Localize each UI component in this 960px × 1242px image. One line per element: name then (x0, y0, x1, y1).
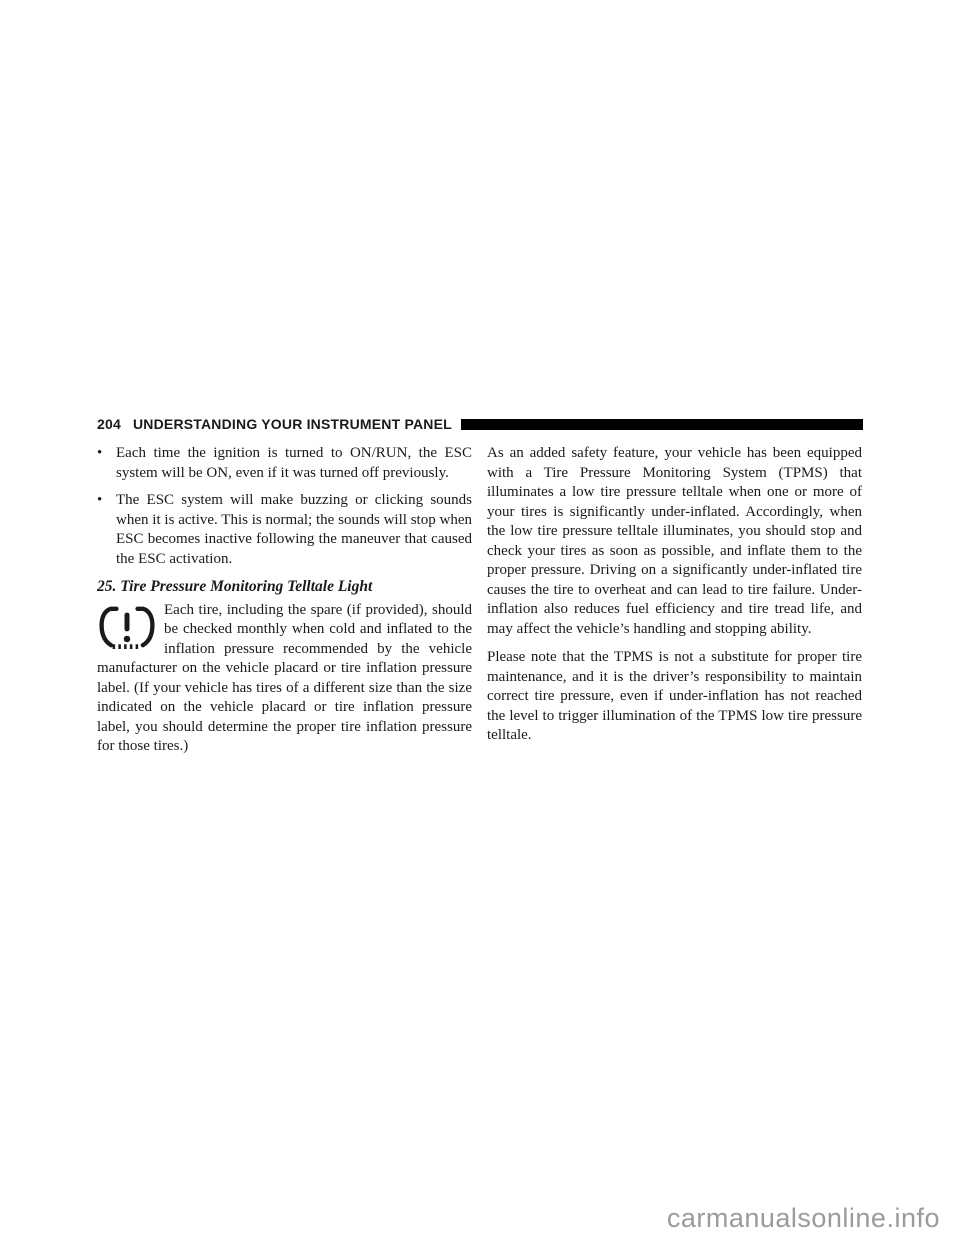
manual-page: 204 UNDERSTANDING YOUR INSTRUMENT PANEL … (0, 0, 960, 1242)
bullet-text: The ESC system will make buzzing or clic… (116, 491, 472, 569)
page-header: 204 UNDERSTANDING YOUR INSTRUMENT PANEL (97, 416, 863, 432)
paragraph: Please note that the TPMS is not a subst… (487, 648, 862, 746)
bullet-icon: • (97, 491, 116, 569)
page-number: 204 (97, 416, 121, 432)
section-heading: 25. Tire Pressure Monitoring Telltale Li… (97, 577, 472, 597)
tpms-low-tire-pressure-icon (97, 604, 157, 650)
right-column: As an added safety feature, your vehicle… (487, 444, 862, 757)
list-item: • Each time the ignition is turned to ON… (97, 444, 472, 483)
header-rule-bar (461, 419, 863, 430)
list-item: • The ESC system will make buzzing or cl… (97, 491, 472, 569)
section-body: Each tire, including the spare (if provi… (97, 601, 472, 757)
watermark-text: carmanualsonline.info (667, 1203, 940, 1234)
left-column: • Each time the ignition is turned to ON… (97, 444, 472, 757)
page-content: 204 UNDERSTANDING YOUR INSTRUMENT PANEL … (97, 416, 863, 757)
paragraph: As an added safety feature, your vehicle… (487, 444, 862, 639)
bullet-text: Each time the ignition is turned to ON/R… (116, 444, 472, 483)
two-column-body: • Each time the ignition is turned to ON… (97, 444, 863, 757)
page-header-title: UNDERSTANDING YOUR INSTRUMENT PANEL (133, 416, 452, 432)
bullet-icon: • (97, 444, 116, 483)
